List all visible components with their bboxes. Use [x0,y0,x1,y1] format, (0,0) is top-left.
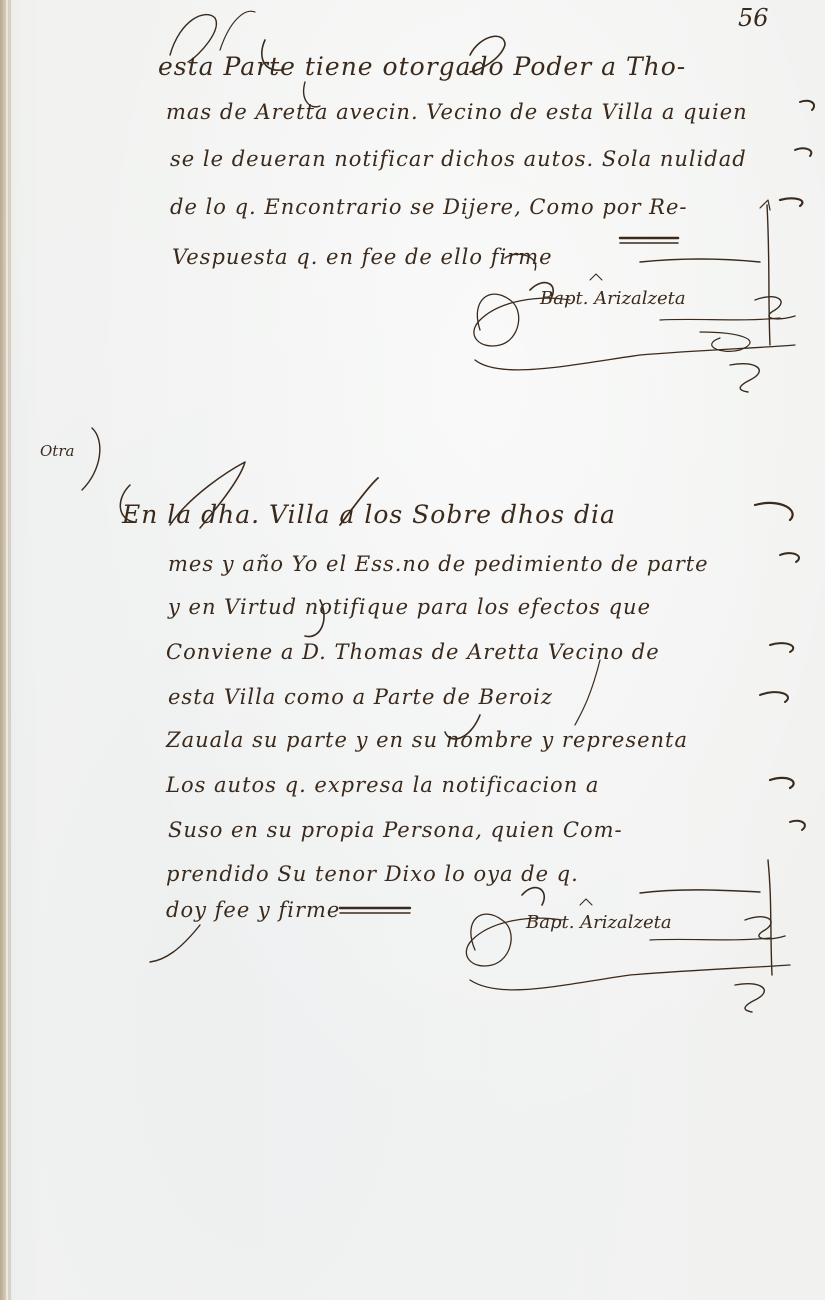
section-2-signature-name: Bapt. Arizalzeta [526,912,672,933]
section-1-signature-name: Bapt. Arizalzeta [540,288,686,309]
margin-note: Otra [40,442,74,460]
binding-edge [0,0,6,1300]
signature-1-rubric [474,254,795,392]
section-2-line: Los autos q. expresa la notificacion a [166,773,599,797]
section-2-line: mes y año Yo el Ess.no de pedimiento de … [168,552,709,576]
section-1-line: de lo q. Encontrario se Dijere, Como por… [170,195,688,219]
section-1-line: mas de Aretta avecin. Vecino de esta Vil… [166,100,748,124]
section-2-line: prendido Su tenor Dixo lo oya de q. [166,862,579,886]
manuscript-page: 56 esta Parte tiene otorgado Poder a Tho… [0,0,825,1300]
section-1-line: se le deueran notificar dichos autos. So… [170,147,747,171]
margin-bracket [82,428,100,490]
section-1-line: Vespuesta q. en fee de ello firme [172,245,553,269]
section-1-line: esta Parte tiene otorgado Poder a Tho- [158,52,686,81]
section-2-line: En la dha. Villa a los Sobre dhos dia [122,500,616,529]
section-2-line: esta Villa como a Parte de Beroiz [168,685,553,709]
section-2-line: Conviene a D. Thomas de Aretta Vecino de [166,640,660,664]
folio-number: 56 [738,4,769,32]
fold-shadow [8,0,11,1300]
section-2-line: y en Virtud notifique para los efectos q… [168,595,651,619]
section-2-line: Suso en su propia Persona, quien Com- [168,818,623,842]
signature-2-rubric [466,888,790,1012]
section-2-line: doy fee y firme [166,898,340,922]
section-2-line: Zauala su parte y en su nombre y represe… [166,728,688,752]
